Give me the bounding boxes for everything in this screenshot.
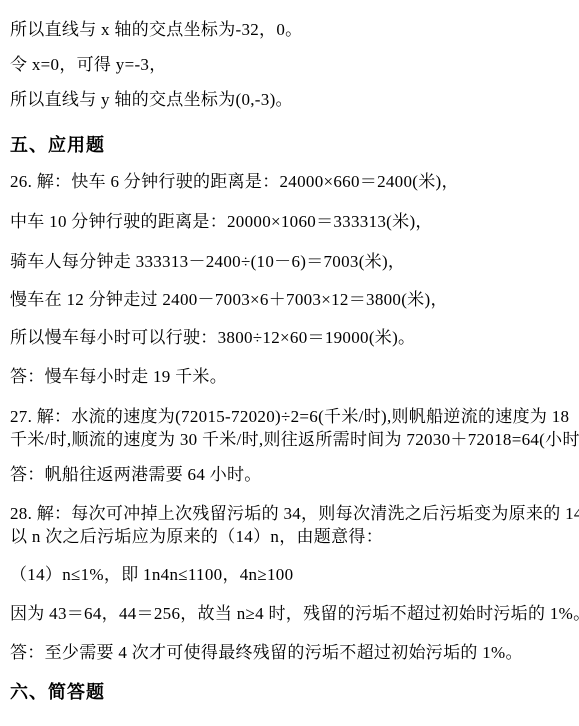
section-heading-6: 六、简答题 [10, 682, 105, 703]
intro-line-let-x0: 令 x=0，可得 y=-3， [10, 55, 571, 75]
q27-line-2: 千米/时,顺流的速度为 30 千米/时,则往返所需时间为 72030＋72018… [10, 430, 571, 450]
q26-line-5: 所以慢车每小时可以行驶：3800÷12×60＝19000(米)。 [10, 328, 571, 348]
q26-line-1: 26. 解：快车 6 分钟行驶的距离是：24000×660＝2400(米)， [10, 172, 571, 192]
document-page: 所以直线与 x 轴的交点坐标为-32，0。 令 x=0，可得 y=-3， 所以直… [0, 0, 579, 726]
q28-line-2: 以 n 次之后污垢应为原来的（14）n，由题意得： [10, 527, 571, 547]
q26-answer-line: 答：慢车每小时走 19 千米。 [10, 367, 571, 387]
q27-answer-line: 答：帆船往返两港需要 64 小时。 [10, 465, 571, 485]
q28-inequality-line: （14）n≤1%，即 1n4n≤1100，4n≥100 [10, 565, 571, 585]
intro-line-x-intercept: 所以直线与 x 轴的交点坐标为-32，0。 [10, 20, 571, 40]
section-heading-5: 五、应用题 [10, 135, 105, 156]
q28-reason-line: 因为 43＝64，44＝256，故当 n≥4 时，残留的污垢不超过初始时污垢的 … [10, 604, 571, 624]
q26-line-2: 中车 10 分钟行驶的距离是：20000×1060＝333313(米)， [10, 212, 571, 232]
q28-answer-line: 答：至少需要 4 次才可使得最终残留的污垢不超过初始污垢的 1%。 [10, 643, 571, 663]
q26-line-4: 慢车在 12 分钟走过 2400－7003×6＋7003×12＝3800(米)， [10, 290, 571, 310]
q28-line-1: 28. 解：每次可冲掉上次残留污垢的 34，则每次清洗之后污垢变为原来的 14，… [10, 504, 571, 524]
q26-line-3: 骑车人每分钟走 333313－2400÷(10－6)＝7003(米)， [10, 252, 571, 272]
q27-line-1: 27. 解：水流的速度为(72015-72020)÷2=6(千米/时),则帆船逆… [10, 407, 571, 427]
intro-line-y-intercept: 所以直线与 y 轴的交点坐标为(0,-3)。 [10, 90, 571, 110]
